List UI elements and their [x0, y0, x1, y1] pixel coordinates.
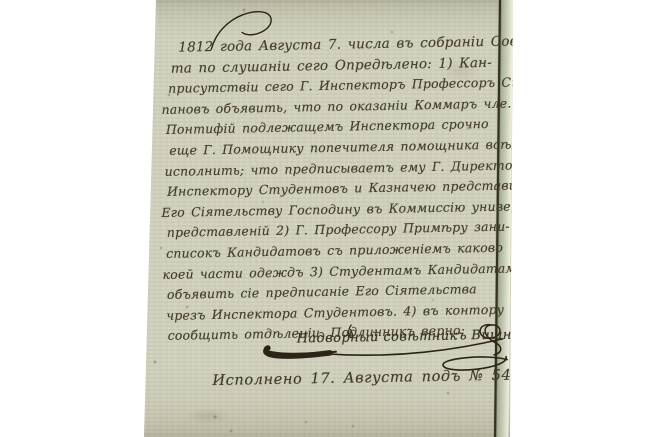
paper-speckles: [0, 0, 2, 2]
screenshot-canvas: 1812 года Августа 7. числа въ собраніи С…: [0, 0, 652, 437]
manuscript-lines: 1812 года Августа 7. числа въ собраніи С…: [158, 32, 516, 347]
manuscript-page: 1812 года Августа 7. числа въ собраніи С…: [0, 0, 652, 437]
manuscript-text: 1812 года Августа 7. числа въ собраніи С…: [158, 22, 517, 428]
